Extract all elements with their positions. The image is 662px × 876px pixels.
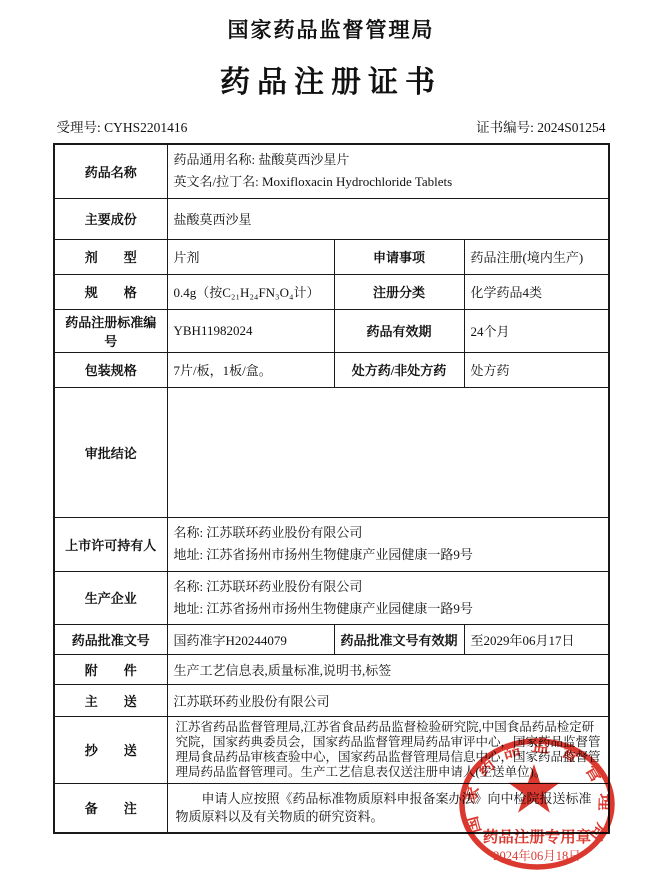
manufacturer-name-line: 名称: 江苏联环药业股份有限公司 xyxy=(174,576,603,598)
attachments-value: 生产工艺信息表,质量标准,说明书,标签 xyxy=(167,654,609,684)
table-row: 剂 型 片剂 申请事项 药品注册(境内生产) xyxy=(54,239,609,274)
table-row: 药品批准文号 国药准字H20244079 药品批准文号有效期 至2029年06月… xyxy=(54,624,609,654)
application-item-label: 申请事项 xyxy=(334,239,464,274)
application-item-value: 药品注册(境内生产) xyxy=(464,239,609,274)
english-name-line: 英文名/拉丁名: Moxifloxacin Hydrochloride Tabl… xyxy=(174,171,603,193)
issuing-authority: 国家药品监督管理局 xyxy=(0,0,662,44)
attachments-label: 附 件 xyxy=(54,654,167,684)
acceptance-number-value: CYHS2201416 xyxy=(104,120,187,135)
registration-class-value: 化学药品4类 xyxy=(464,274,609,309)
manufacturer-address-line: 地址: 江苏省扬州市扬州生物健康产业园健康一路9号 xyxy=(174,598,603,620)
table-row: 生产企业 名称: 江苏联环药业股份有限公司 地址: 江苏省扬州市扬州生物健康产业… xyxy=(54,571,609,624)
manufacturer-value: 名称: 江苏联环药业股份有限公司 地址: 江苏省扬州市扬州生物健康产业园健康一路… xyxy=(167,571,609,624)
approval-no-validity-value: 至2029年06月17日 xyxy=(464,624,609,654)
package-spec-label: 包装规格 xyxy=(54,352,167,387)
official-seal: 国家药品监督管理局 药品注册专用章 2024年06月18日 xyxy=(450,731,626,876)
table-row: 主要成份 盐酸莫西沙星 xyxy=(54,198,609,239)
seal-title: 药品注册专用章 xyxy=(483,827,592,846)
package-spec-value: 7片/板，1板/盒。 xyxy=(167,352,334,387)
table-row: 包装规格 7片/板，1板/盒。 处方药/非处方药 处方药 xyxy=(54,352,609,387)
specification-value: 0.4g（按C₂₁H₂₄FN₃O₄计） xyxy=(167,274,334,309)
certificate-meta: 受理号: CYHS2201416 证书编号: 2024S01254 xyxy=(57,116,606,136)
dosage-form-label: 剂 型 xyxy=(54,239,167,274)
acceptance-number-label: 受理号: xyxy=(57,120,105,135)
main-ingredient-value: 盐酸莫西沙星 xyxy=(167,198,609,239)
table-row: 上市许可持有人 名称: 江苏联环药业股份有限公司 地址: 江苏省扬州市扬州生物健… xyxy=(54,517,609,571)
registration-class-label: 注册分类 xyxy=(334,274,464,309)
certificate-number: 证书编号: 2024S01254 xyxy=(476,116,605,136)
table-row: 主 送 江苏联环药业股份有限公司 xyxy=(54,684,609,716)
main-ingredient-label: 主要成份 xyxy=(54,198,167,239)
mah-address-line: 地址: 江苏省扬州市扬州生物健康产业园健康一路9号 xyxy=(174,544,603,566)
drug-validity-label: 药品有效期 xyxy=(334,309,464,352)
rx-otc-value: 处方药 xyxy=(464,352,609,387)
mah-label: 上市许可持有人 xyxy=(54,517,167,571)
mah-value: 名称: 江苏联环药业股份有限公司 地址: 江苏省扬州市扬州生物健康产业园健康一路… xyxy=(167,517,609,571)
table-row: 规 格 0.4g（按C₂₁H₂₄FN₃O₄计） 注册分类 化学药品4类 xyxy=(54,274,609,309)
table-row: 审批结论 xyxy=(54,387,609,517)
approval-no-label: 药品批准文号 xyxy=(54,624,167,654)
rx-otc-label: 处方药/非处方药 xyxy=(334,352,464,387)
main-recipient-label: 主 送 xyxy=(54,684,167,716)
approval-no-validity-label: 药品批准文号有效期 xyxy=(334,624,464,654)
dosage-form-value: 片剂 xyxy=(167,239,334,274)
approval-conclusion-label: 审批结论 xyxy=(54,387,167,517)
table-row: 附 件 生产工艺信息表,质量标准,说明书,标签 xyxy=(54,654,609,684)
standard-no-label: 药品注册标准编号 xyxy=(54,309,167,352)
seal-date: 2024年06月18日 xyxy=(493,848,581,863)
standard-no-value: YBH11982024 xyxy=(167,309,334,352)
certificate-number-label: 证书编号: xyxy=(476,120,537,135)
certificate-number-value: 2024S01254 xyxy=(537,120,605,135)
page-title: 药品注册证书 xyxy=(0,57,662,101)
mah-name-line: 名称: 江苏联环药业股份有限公司 xyxy=(174,522,603,544)
table-row: 药品注册标准编号 YBH11982024 药品有效期 24个月 xyxy=(54,309,609,352)
remark-label: 备 注 xyxy=(54,783,167,833)
drug-name-label: 药品名称 xyxy=(54,144,167,198)
drug-validity-value: 24个月 xyxy=(464,309,609,352)
cc-label: 抄 送 xyxy=(54,716,167,783)
manufacturer-label: 生产企业 xyxy=(54,571,167,624)
main-recipient-value: 江苏联环药业股份有限公司 xyxy=(167,684,609,716)
approval-conclusion-value xyxy=(167,387,609,517)
table-row: 药品名称 药品通用名称: 盐酸莫西沙星片 英文名/拉丁名: Moxifloxac… xyxy=(54,144,609,198)
specification-label: 规 格 xyxy=(54,274,167,309)
drug-registration-certificate: 国家药品监督管理局 药品注册证书 受理号: CYHS2201416 证书编号: … xyxy=(0,0,662,876)
acceptance-number: 受理号: CYHS2201416 xyxy=(57,116,188,136)
seal-star-icon xyxy=(508,764,559,813)
generic-name-line: 药品通用名称: 盐酸莫西沙星片 xyxy=(174,149,603,171)
approval-no-value: 国药准字H20244079 xyxy=(167,624,334,654)
drug-name-value: 药品通用名称: 盐酸莫西沙星片 英文名/拉丁名: Moxifloxacin Hy… xyxy=(167,144,609,198)
